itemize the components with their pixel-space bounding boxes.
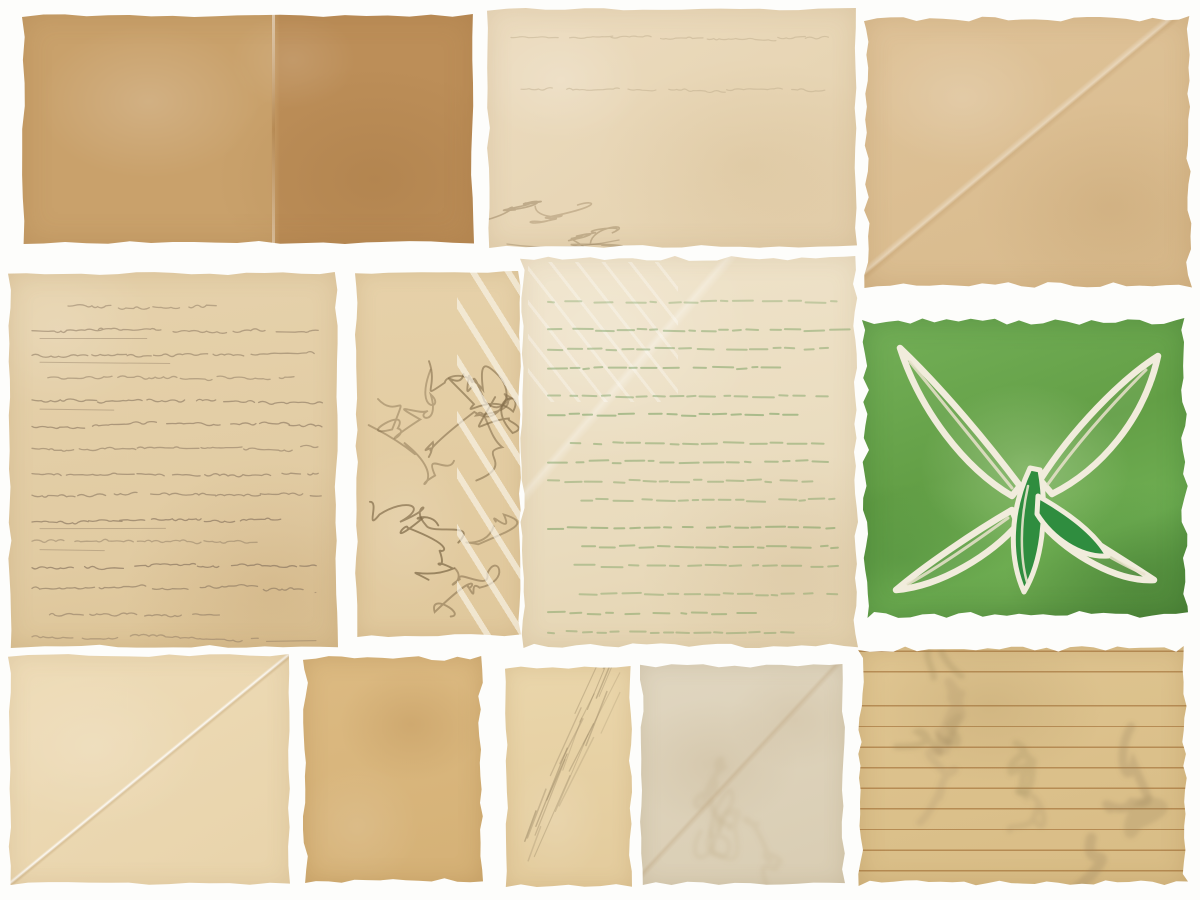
green-leaf-watercolor: [862, 318, 1188, 618]
leaf-lower-left: [896, 510, 1018, 590]
ink-layer: [487, 8, 857, 248]
ink-layer: [8, 272, 338, 648]
ink-layer: [640, 664, 845, 885]
leaf-vein: [1048, 370, 1146, 484]
lined-note-paper: [858, 646, 1188, 886]
center-leaf-vein: [1022, 486, 1028, 582]
faint-handwritten-note: [487, 8, 857, 248]
ink-scribble-strip: [355, 271, 521, 637]
leaf-line-drawing: [862, 318, 1188, 618]
dark-tan-scrap: [303, 656, 483, 883]
center-leaf-right: [1037, 496, 1108, 556]
handwritten-letter: [8, 272, 338, 648]
center-leaf-main: [1013, 468, 1043, 592]
paper-collage: [0, 0, 1200, 900]
typewritten-letter: [520, 256, 858, 648]
leaf-vein: [910, 362, 1012, 488]
leaf-upper-right: [1040, 356, 1158, 494]
folded-cream-sheet: [8, 654, 290, 885]
leaf-lower-right: [1044, 514, 1154, 580]
pencil-hatch-strip: [505, 666, 632, 887]
leaf-vein: [908, 518, 1008, 584]
ink-layer: [355, 271, 521, 637]
grey-stained-scrap: [640, 664, 845, 885]
kraft-folded-paper: [22, 14, 474, 244]
ink-layer: [858, 646, 1188, 886]
leaf-upper-left: [900, 348, 1020, 496]
ink-layer: [520, 256, 858, 648]
tan-torn-sheet: [864, 16, 1192, 288]
leaf-vein: [1052, 520, 1144, 574]
ink-layer: [505, 666, 632, 887]
